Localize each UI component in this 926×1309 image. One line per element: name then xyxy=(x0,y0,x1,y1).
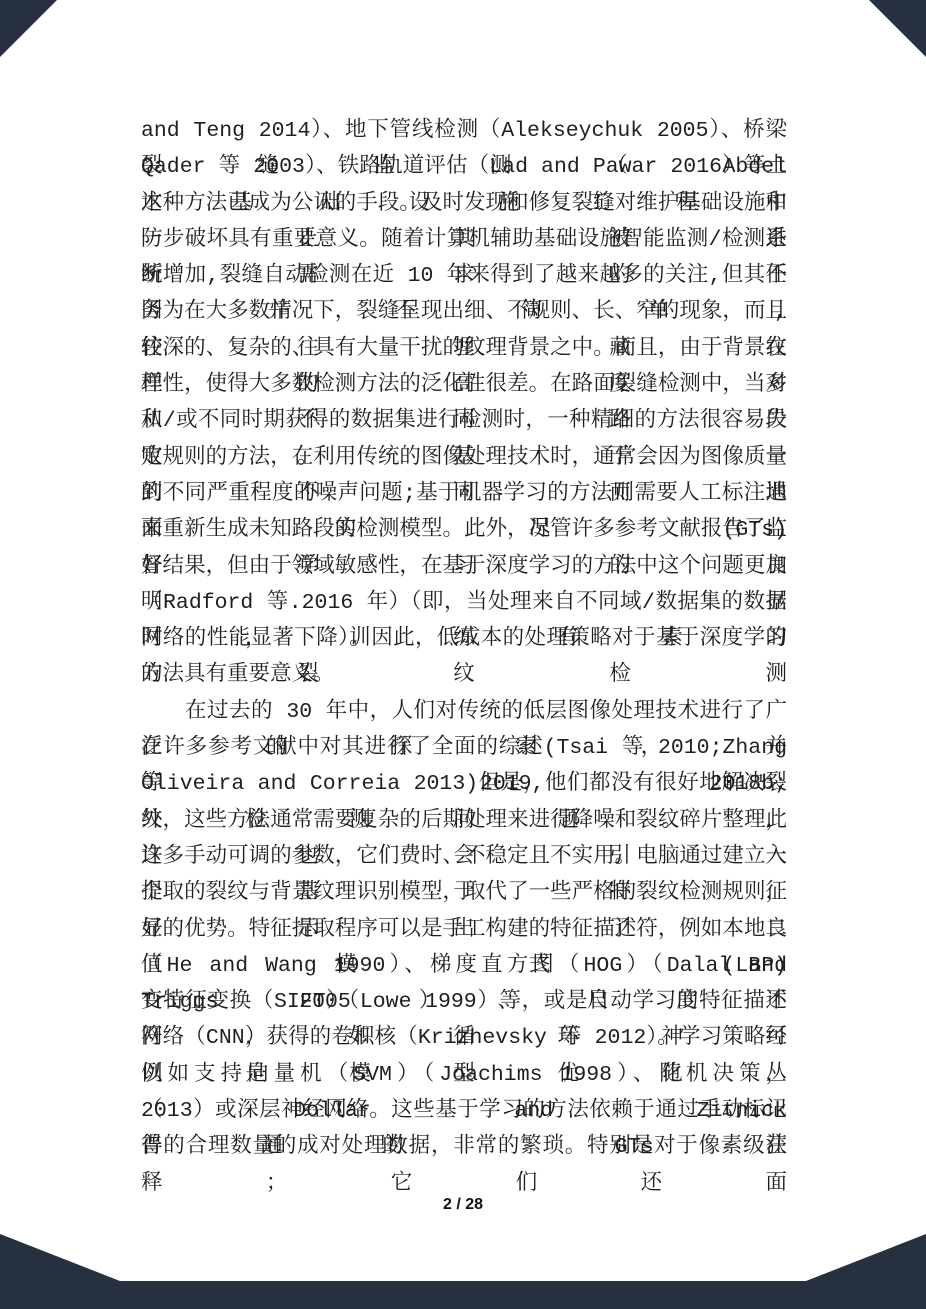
text-line: 好的优势。特征提取程序可以是手工构建的特征描述符，例如本地二值模式(LBP) xyxy=(141,912,787,948)
text-line: 得的合理数量的成对处理数据，非常的繁琐。特别是对于像素级注释；它们还面 xyxy=(141,1129,787,1165)
text-line: 好结果，但由于领域敏感性，在基于深度学习的方法中这个问题更加明显 xyxy=(141,549,787,585)
text-line: 样性，使得大多数检测方法的泛化性很差。在路面裂缝检测中，当对从不同路段 xyxy=(141,367,787,403)
text-line: 网络（CNN）获得的卷积核（Krizhevsky 等 2012）。学习策略可以是… xyxy=(141,1020,787,1056)
text-line: Qader 等 2003）、铁路轨道评估（Lad and Pawar 2016）… xyxy=(141,149,787,185)
text-line: 到不同严重程度的噪声问题;基于机器学习的方法则需要人工标注地面实况(GTs) xyxy=(141,476,787,512)
text-line: 变特征变换（SIFT）（Lowe 1999）等，或是自动学习的特征描述符，如循环… xyxy=(141,984,787,1020)
text-line: 网络的性能显著下降）。因此，低成本的处理策略对于基于深度学习的裂纹检测 xyxy=(141,621,787,657)
text-line: （He and Wang 1990）、梯度直方图（HOG）（Dalal and … xyxy=(141,948,787,984)
text-line: 外，这些方法通常需要复杂的后期处理来进行降噪和裂纹碎片整理，这也会引入 xyxy=(141,803,787,839)
text-line: 定规则的方法，在利用传统的图像处理技术时，通常会因为图像质量的不同而遇 xyxy=(141,440,787,476)
text-line: 因为在大多数情况下，裂缝呈现出细、不规则、长、窄的现象，而且往往埋藏在 xyxy=(141,294,787,330)
document-page: and Teng 2014）、地下管线检测（Alekseychuk 2005）、… xyxy=(0,0,926,1309)
text-line: 断增加,裂缝自动检测在近 10 年来得到了越来越多的关注,但其任务并不简单, xyxy=(141,258,787,294)
text-line: 这种方法已成为公认的手段。及时发现和修复裂缝对维护基础设施和防止其被进 xyxy=(141,186,787,222)
text-line: Oliveira and Correia 2013)但是，他们都没有很好地解决裂… xyxy=(141,766,787,802)
text-line: 提取的裂纹与背景纹理识别模型，取代了一些严格的裂纹检测规则，显示出了良 xyxy=(141,875,787,911)
text-line: and Teng 2014）、地下管线检测（Alekseychuk 2005）、… xyxy=(141,113,787,149)
text-line: 来重新生成未知路段的检测模型。此外，尽管许多参考文献报告了监督学习的良 xyxy=(141,512,787,548)
text-line: 在过去的 30 年中，人们对传统的低层图像处理技术进行了广泛的探索，并 xyxy=(141,694,787,730)
text-line: 例如支持向量机（SVM）（Joachims 1998）、随机决策丛（Dollar… xyxy=(141,1057,787,1093)
text-line: 2013）或深层神经网络。这些基于学习的方法依赖于通过手动标记普通的 GTs 获 xyxy=(141,1093,787,1129)
document-body: and Teng 2014）、地下管线检测（Alekseychuk 2005）、… xyxy=(141,113,787,1166)
text-line: 许多手动可调的参数，它们费时、不稳定且不实用。电脑通过建立一个基于特征 xyxy=(141,839,787,875)
text-line: 较深的、复杂的、具有大量干扰的纹理背景之中。而且，由于背景纹理的高度多 xyxy=(141,331,787,367)
text-line: 在许多参考文献中对其进行了全面的综述(Tsai 等 2010;Zhang 等 2… xyxy=(141,730,787,766)
text-line: （Radford 等.2016 年）（即，当处理来自不同域/数据集的数据时，训练… xyxy=(141,585,787,621)
document-canvas: and Teng 2014）、地下管线检测（Alekseychuk 2005）、… xyxy=(0,0,926,1309)
page-number-indicator: 2 / 28 xyxy=(0,1196,926,1214)
text-line: 一步破坏具有重要意义。随着计算机辅助基础设施智能监测/检测系统需求的不 xyxy=(141,222,787,258)
text-line: 和/或不同时期获得的数据集进行检测时，一种精细的方法很容易失败。基于一 xyxy=(141,403,787,439)
